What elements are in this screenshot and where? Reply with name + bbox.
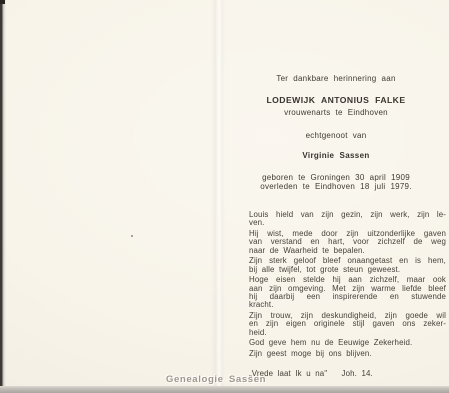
body-text-line: bij alle twijfel, tot grote steun gewees… — [249, 266, 446, 274]
body-text-line: en zijn eigen originele stijl gaven ons … — [249, 320, 446, 328]
body-text-line: heid. — [249, 329, 446, 337]
card-fold-crease — [211, 0, 225, 386]
memorial-header: Ter dankbare herinnering aan LODEWIJK AN… — [250, 0, 422, 200]
deceased-profession: vrouwenarts te Eindhoven — [250, 108, 422, 117]
spouse-label: echtgenoot van — [250, 131, 422, 140]
body-paragraph: Louis hield van zijn gezin, zijn werk, z… — [249, 211, 446, 228]
scan-corner-mark — [0, 0, 5, 4]
body-text-line: Zijn geest moge bij ons blijven. — [249, 350, 446, 358]
dust-speck — [131, 235, 133, 237]
birth-line: geboren te Groningen 30 april 1909 — [250, 173, 422, 182]
scan-left-edge-shadow — [0, 0, 6, 393]
body-text-line: hij daarbij een inspirerende en stuwende — [249, 293, 446, 301]
scanned-memorial-card: Ter dankbare herinnering aan LODEWIJK AN… — [0, 0, 449, 393]
body-text-line: Louis hield van zijn gezin, zijn werk, z… — [249, 211, 446, 219]
body-text-line: God geve hem nu de Eeuwige Zekerheid. — [249, 339, 446, 347]
memorial-intro: Ter dankbare herinnering aan — [250, 74, 422, 83]
body-paragraph: Hoge eisen stelde hij aan zichzelf, maar… — [249, 276, 446, 309]
spouse-name: Virginie Sassen — [250, 151, 422, 160]
body-paragraphs: Louis hield van zijn gezin, zijn werk, z… — [249, 211, 446, 378]
genealogy-watermark: Genealogie Sassen — [0, 374, 432, 385]
body-paragraph: God geve hem nu de Eeuwige Zekerheid. — [249, 339, 446, 347]
body-text-line: naar de Waarheid te bepalen. — [249, 247, 446, 255]
deceased-name: LODEWIJK ANTONIUS FALKE — [250, 95, 422, 105]
scan-bottom-edge-shadow — [0, 386, 449, 393]
body-paragraph: Zijn trouw, zijn deskundigheid, zijn goe… — [249, 312, 446, 337]
death-line: overleden te Eindhoven 18 juli 1979. — [250, 182, 422, 191]
body-text-line: ven. — [249, 219, 446, 227]
body-paragraph: Zijn sterk geloof bleef onaangetast en i… — [249, 257, 446, 274]
body-paragraph: Hij wist, mede door zijn uitzonderlijke … — [249, 230, 446, 255]
body-paragraph: Zijn geest moge bij ons blijven. — [249, 350, 446, 358]
body-text-line: kracht. — [249, 301, 446, 309]
